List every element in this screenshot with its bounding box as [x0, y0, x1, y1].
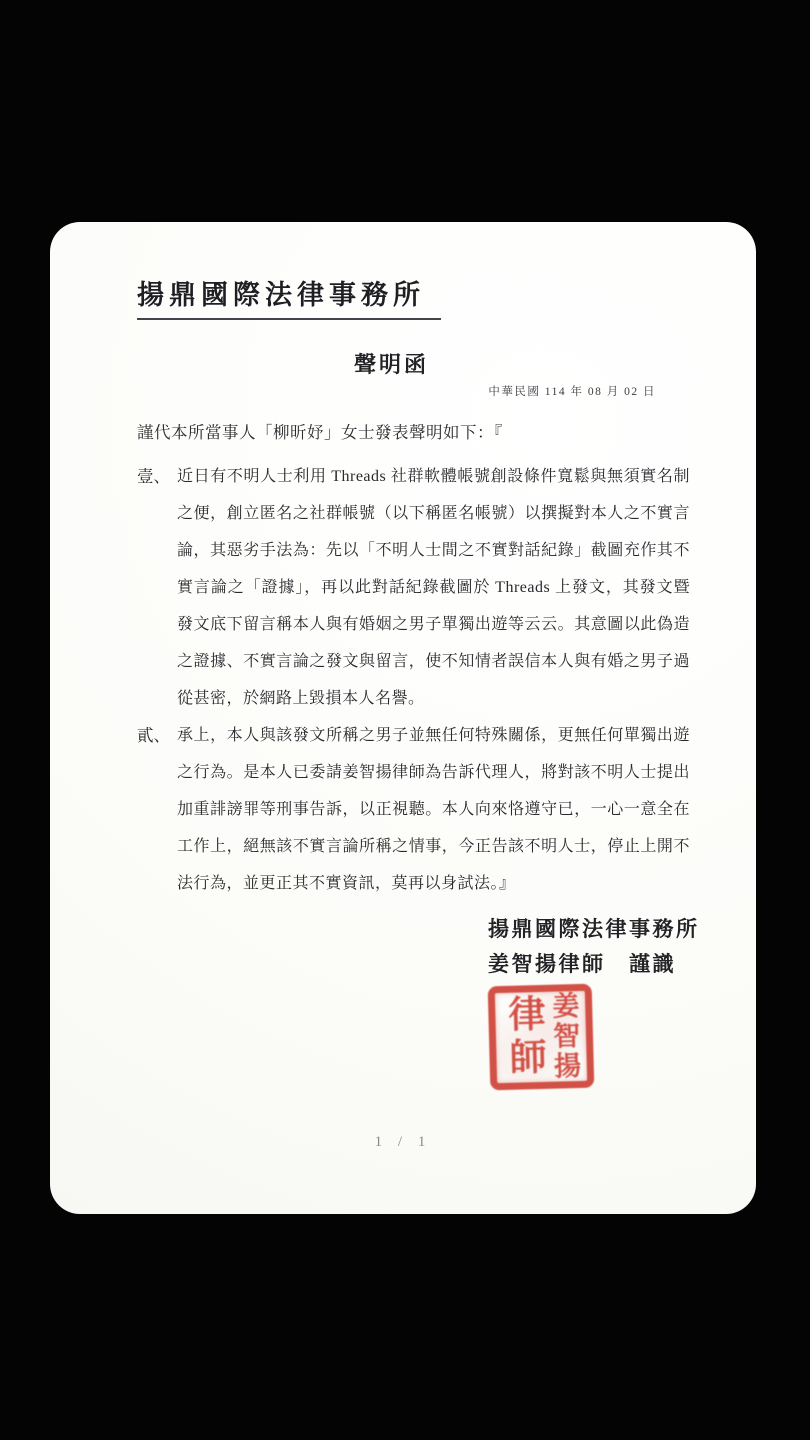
- paragraph-number-label: 壹、: [137, 458, 177, 717]
- signature-firm-line: 揚鼎國際法律事務所: [488, 912, 690, 947]
- lawyer-seal: 姜智揚 律師: [488, 984, 595, 1091]
- statement-paragraph-1: 壹、 近日有不明人士利用 Threads 社群軟體帳號創設條件寬鬆與無須實名制之…: [137, 458, 690, 717]
- signature-lawyer-line: 姜智揚律師 謹識: [488, 947, 690, 982]
- document-date: 中華民國 114 年 08 月 02 日: [137, 383, 690, 399]
- paragraph-number-label: 貳、: [137, 717, 177, 902]
- firm-name: 揚鼎國際法律事務所: [137, 280, 441, 320]
- page-indicator: 1 / 1: [50, 1134, 756, 1151]
- document-page: 揚鼎國際法律事務所 聲明函 中華民國 114 年 08 月 02 日 謹代本所當…: [50, 222, 756, 1214]
- seal-column-right: 姜智揚: [549, 991, 578, 1082]
- paragraph-text: 承上，本人與該發文所稱之男子並無任何特殊關係，更無任何單獨出遊之行為。是本人已委…: [177, 717, 690, 902]
- document-title: 聲明函: [115, 348, 668, 379]
- statement-paragraph-2: 貳、 承上，本人與該發文所稱之男子並無任何特殊關係，更無任何單獨出遊之行為。是本…: [137, 717, 690, 902]
- seal-column-left: 律師: [504, 994, 543, 1081]
- phone-screen: 揚鼎國際法律事務所 聲明函 中華民國 114 年 08 月 02 日 謹代本所當…: [0, 0, 810, 1440]
- paragraph-text: 近日有不明人士利用 Threads 社群軟體帳號創設條件寬鬆與無須實名制之便，創…: [177, 458, 690, 717]
- intro-line: 謹代本所當事人「柳昕妤」女士發表聲明如下：『: [137, 421, 690, 445]
- statement-body: 壹、 近日有不明人士利用 Threads 社群軟體帳號創設條件寬鬆與無須實名制之…: [137, 458, 690, 902]
- signature-block: 揚鼎國際法律事務所 姜智揚律師 謹識 姜智揚 律師: [488, 912, 690, 1089]
